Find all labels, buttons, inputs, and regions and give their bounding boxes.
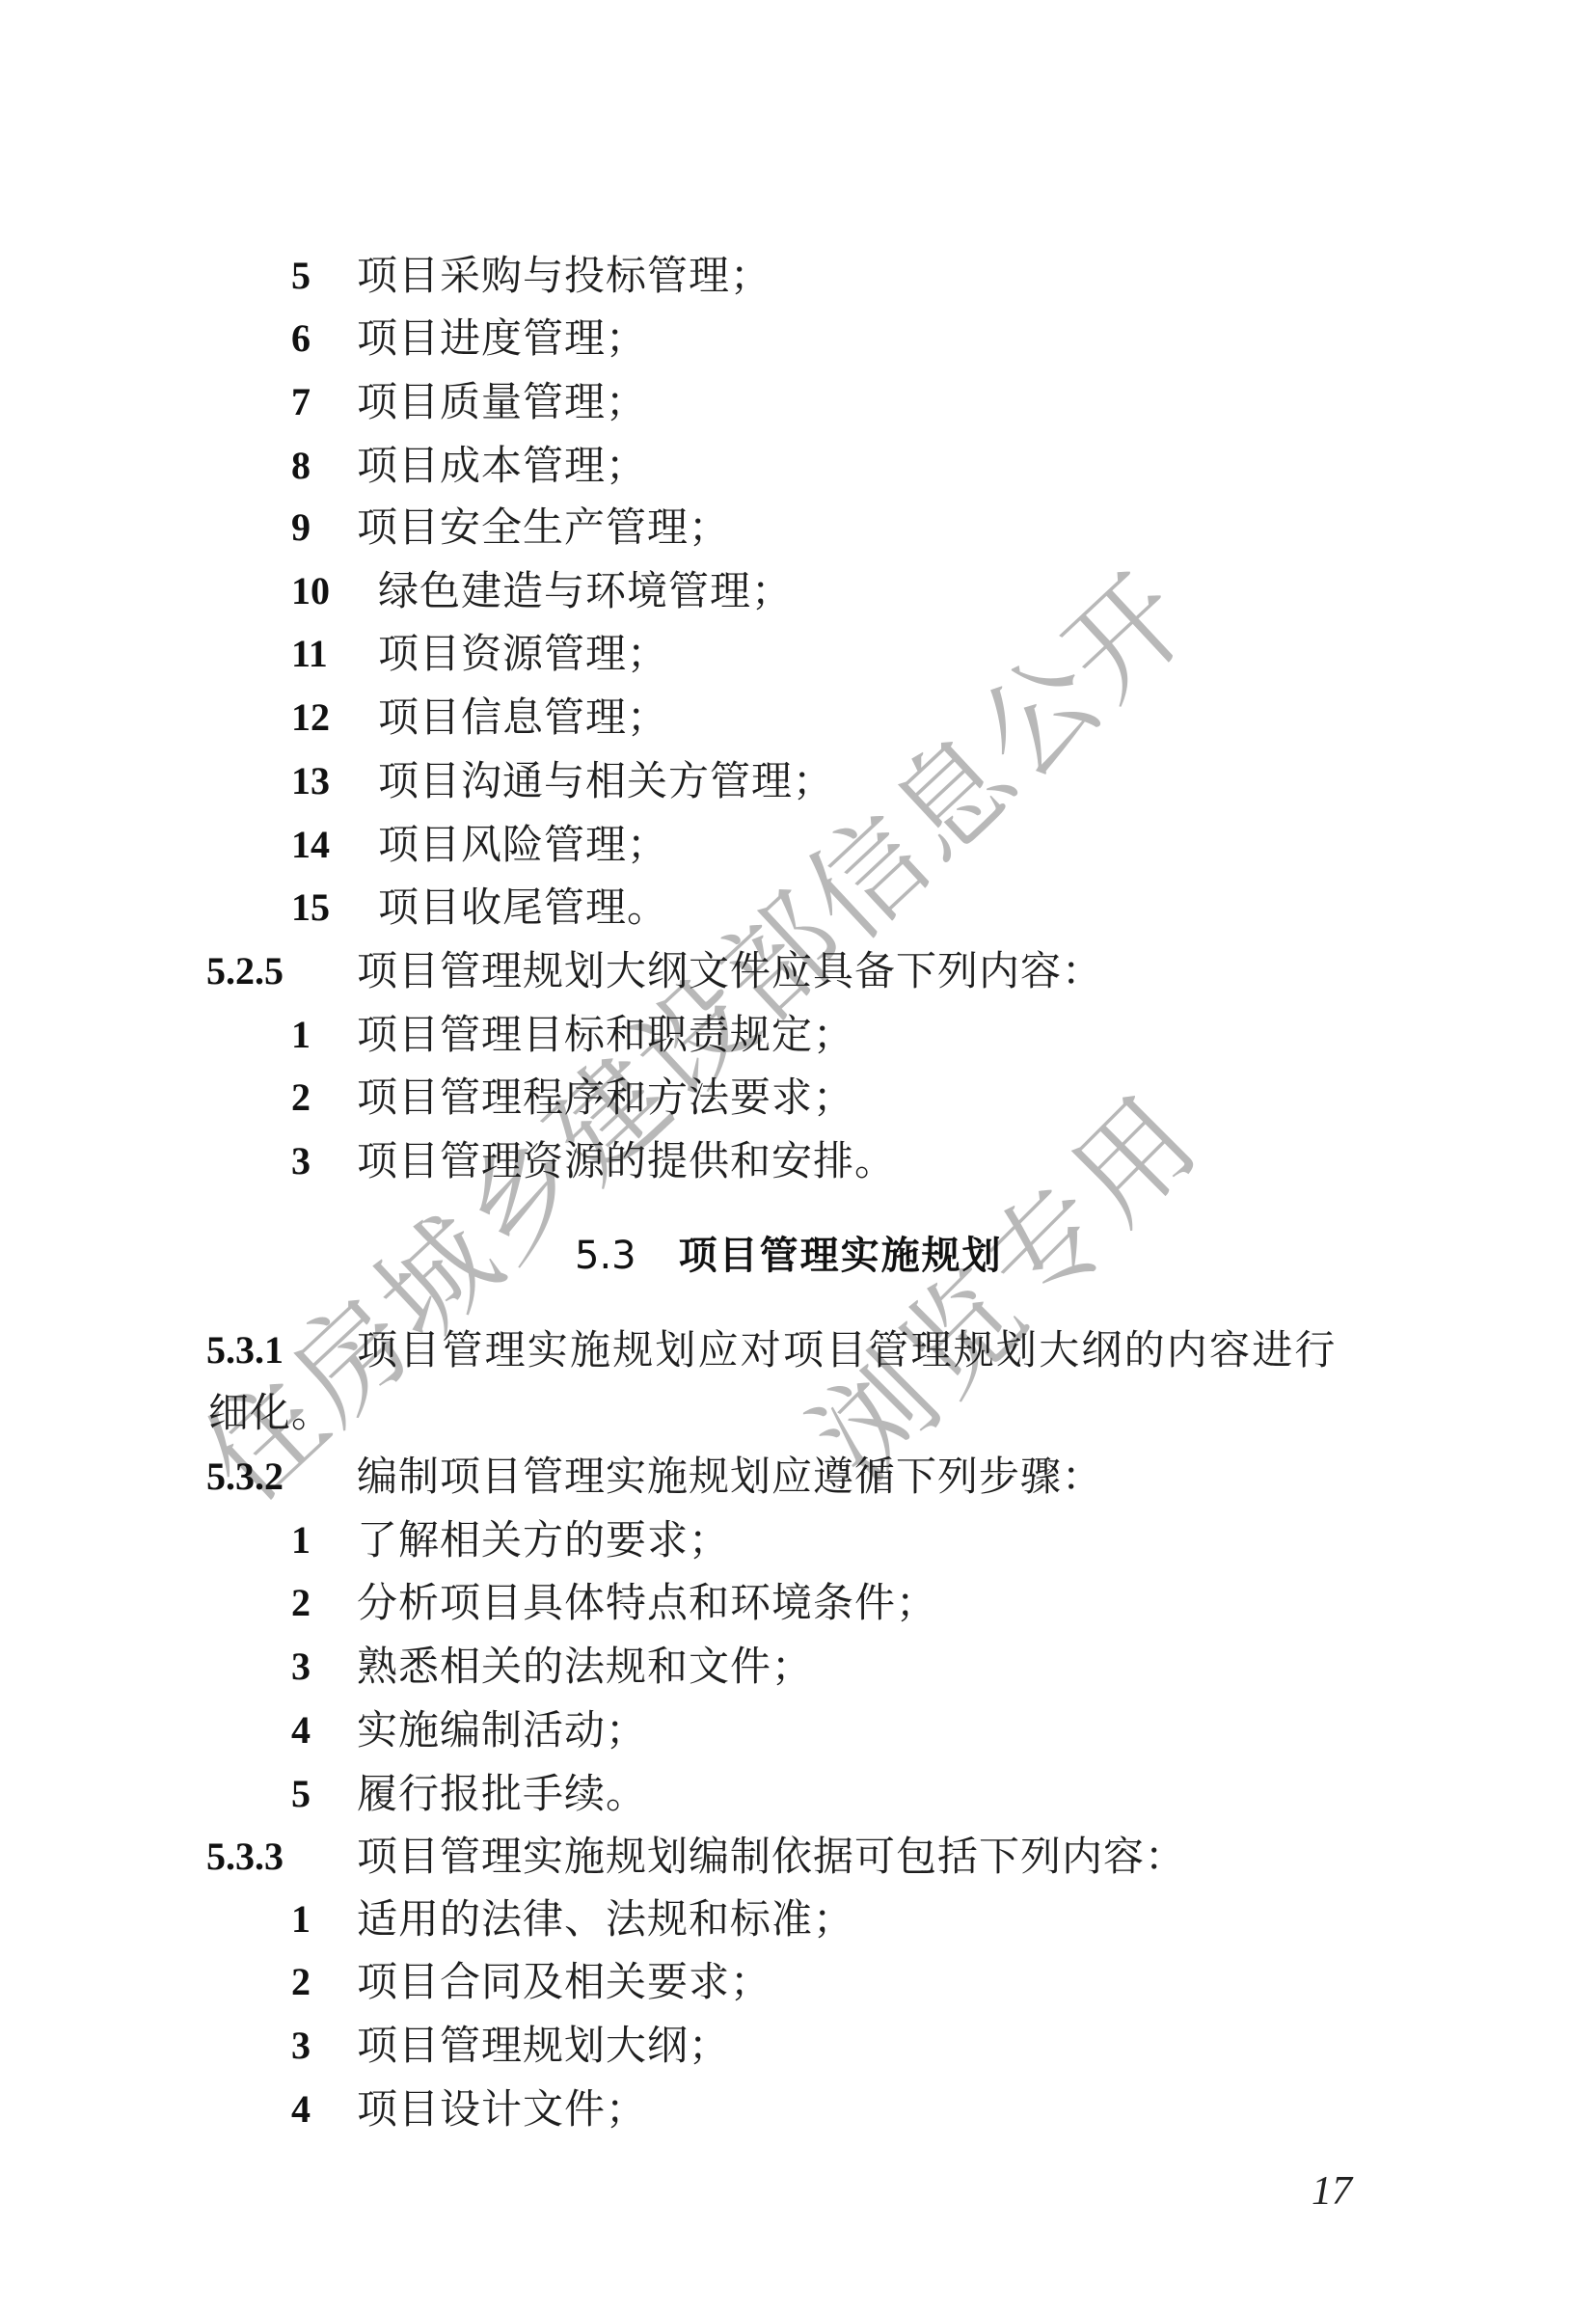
clause-number: 5.3.1 [206,1321,284,1379]
item-number: 5 [291,247,311,305]
item-text: 项目设计文件； [357,2080,647,2138]
clause-text: 项目管理规划大纲文件应具备下列内容： [357,942,1103,1000]
clause-text-continuation: 细化。 [208,1384,333,1442]
section-heading: 5.3项目管理实施规划 [575,1231,1003,1281]
item-text: 项目质量管理； [357,373,647,431]
item-number: 6 [291,310,311,367]
item-text: 绿色建造与环境管理； [378,562,793,620]
item-text: 了解相关方的要求； [357,1511,730,1569]
item-text: 项目安全生产管理； [357,499,730,557]
item-text: 实施编制活动； [357,1701,647,1759]
section-title: 项目管理实施规划 [679,1234,1003,1278]
item-text: 分析项目具体特点和环境条件； [357,1574,937,1632]
item-text: 项目风险管理； [378,816,668,874]
item-text: 项目采购与投标管理； [357,247,771,305]
page-number: 17 [1312,2166,1352,2216]
item-number: 5 [291,1765,311,1823]
item-text: 项目资源管理； [378,625,668,683]
item-number: 1 [291,1006,311,1064]
item-number: 10 [291,562,330,620]
item-text: 项目管理程序和方法要求； [357,1069,854,1127]
item-text: 熟悉相关的法规和文件； [357,1638,813,1696]
item-number: 1 [291,1890,311,1948]
item-number: 15 [291,879,330,937]
item-number: 2 [291,1953,311,2011]
item-number: 4 [291,2080,311,2138]
item-number: 3 [291,1638,311,1696]
item-text: 项目管理资源的提供和安排。 [357,1132,896,1190]
item-number: 2 [291,1574,311,1632]
item-text: 项目合同及相关要求； [357,1953,771,2011]
clause-text: 编制项目管理实施规划应遵循下列步骤： [357,1448,1103,1506]
item-number: 9 [291,499,311,557]
clause-text: 项目管理实施规划编制依据可包括下列内容： [357,1828,1186,1886]
item-text: 项目信息管理； [378,689,668,747]
item-text: 项目成本管理； [357,437,647,495]
clause-number: 5.3.3 [206,1828,284,1886]
item-number: 12 [291,689,330,747]
item-text: 项目进度管理； [357,310,647,367]
item-text: 履行报批手续。 [357,1765,647,1823]
clause-number: 5.2.5 [206,942,284,1000]
clause-text: 项目管理实施规划应对项目管理规划大纲的内容进行 [357,1321,1338,1379]
item-number: 2 [291,1069,311,1127]
item-number: 3 [291,1132,311,1190]
item-number: 7 [291,373,311,431]
item-number: 13 [291,752,330,810]
item-text: 项目管理目标和职责规定； [357,1006,854,1064]
item-number: 11 [291,625,328,683]
item-text: 适用的法律、法规和标准； [357,1890,854,1948]
item-number: 8 [291,437,311,495]
item-text: 项目管理规划大纲； [357,2017,730,2075]
item-text: 项目沟通与相关方管理； [378,752,834,810]
section-number: 5.3 [575,1234,636,1278]
item-number: 3 [291,2017,311,2075]
document-page: 住房城乡建设部信息公开 浏览专用 5 项目采购与投标管理； 6 项目进度管理； … [0,0,1596,2311]
item-number: 14 [291,816,330,874]
clause-number: 5.3.2 [206,1448,284,1506]
item-text: 项目收尾管理。 [378,879,668,937]
item-number: 1 [291,1511,311,1569]
item-number: 4 [291,1701,311,1759]
